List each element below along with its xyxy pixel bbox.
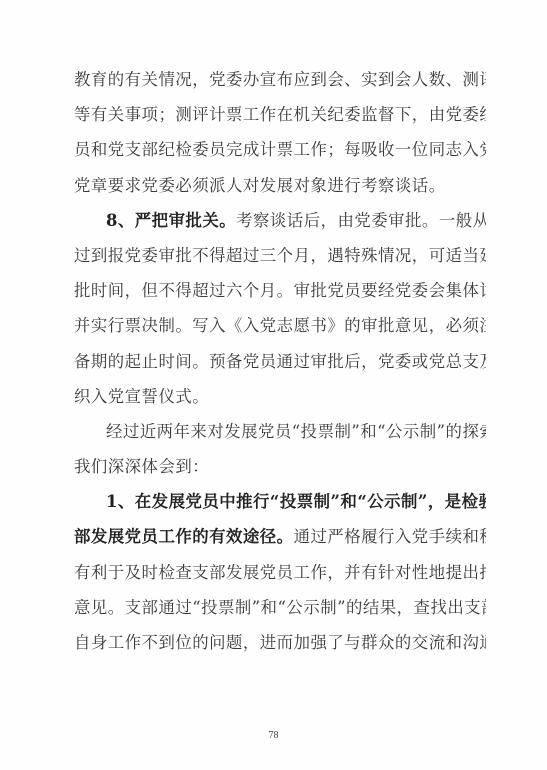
section-heading: 部发展党员工作的有效途径。 [74, 527, 294, 546]
body-text: 教育的有关情况，党委办宣布应到会、实到会人数、测评要求 等有关事项；测评计票工作… [74, 62, 486, 660]
text-line: 备期的起止时间。预备党员通过审批后，党委或党总支及时组 [74, 344, 486, 379]
text-run: 通过严格履行入党手续和程序， [294, 527, 486, 546]
text-line: 意见。支部通过“投票制”和“公示制”的结果，查找出支部 [74, 590, 486, 625]
text-line: 员和党支部纪检委员完成计票工作；每吸收一位同志入党，按 [74, 132, 486, 167]
text-line: 并实行票决制。写入《入党志愿书》的审批意见，必须注明预 [74, 308, 486, 343]
text-line: 1、在发展党员中推行“投票制”和“公示制”，是检验支 [74, 484, 486, 519]
text-line: 经过近两年来对发展党员“投票制”和“公示制”的探索， [74, 414, 486, 449]
text-line: 等有关事项；测评计票工作在机关纪委监督下，由党委组织委 [74, 97, 486, 132]
text-run: 考察谈话后，由党委审批。一般从预审通 [236, 211, 486, 230]
text-line: 我们深深体会到： [74, 449, 486, 484]
text-line: 教育的有关情况，党委办宣布应到会、实到会人数、测评要求 [74, 62, 486, 97]
page-number: 78 [0, 730, 547, 741]
section-heading: 8、严把审批关。 [106, 211, 236, 230]
text-line: 织入党宣誓仪式。 [74, 379, 486, 414]
text-line: 过到报党委审批不得超过三个月，遇特殊情况，可适当延长审 [74, 238, 486, 273]
section-heading: 1、在发展党员中推行“投票制”和“公示制”，是检验支 [106, 492, 486, 511]
text-line: 自身工作不到位的问题，进而加强了与群众的交流和沟通，把 [74, 625, 486, 660]
text-line: 党章要求党委必须派人对发展对象进行考察谈话。 [74, 168, 486, 203]
text-line: 批时间，但不得超过六个月。审批党员要经党委会集体讨论， [74, 273, 486, 308]
document-page: 教育的有关情况，党委办宣布应到会、实到会人数、测评要求 等有关事项；测评计票工作… [0, 0, 547, 770]
text-line: 有利于及时检查支部发展党员工作，并有针对性地提出指导性 [74, 555, 486, 590]
text-line: 部发展党员工作的有效途径。通过严格履行入党手续和程序， [74, 519, 486, 554]
text-line: 8、严把审批关。考察谈话后，由党委审批。一般从预审通 [74, 203, 486, 238]
